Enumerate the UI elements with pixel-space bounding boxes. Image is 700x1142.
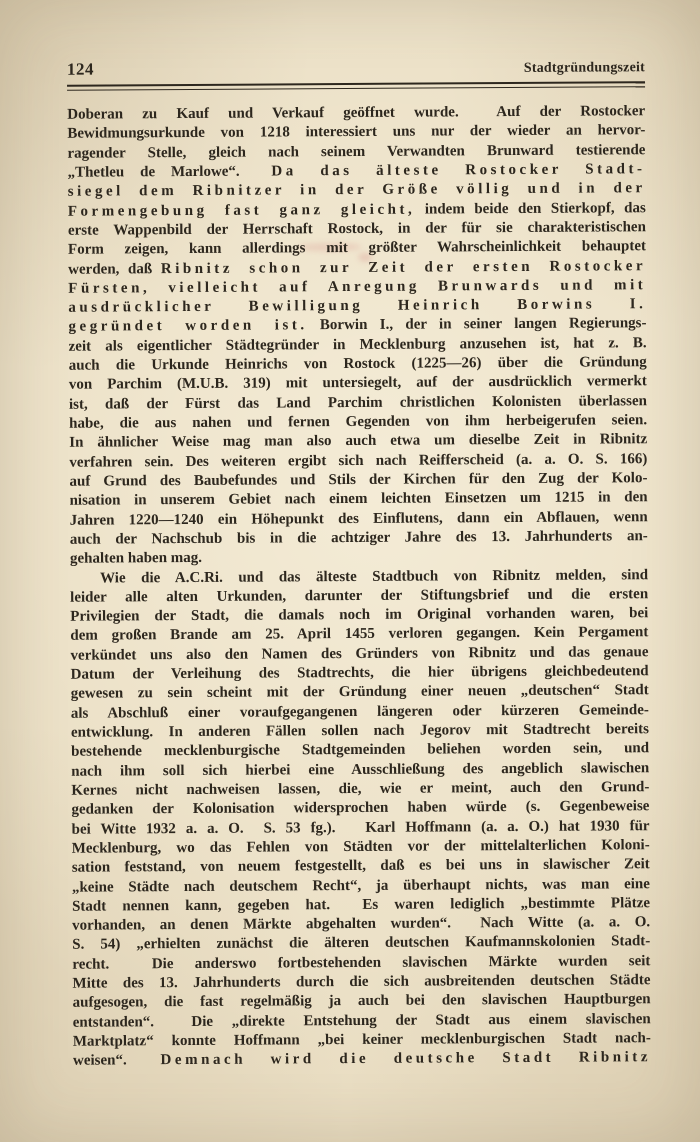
- emphasized-spaced-text: Ribnitz schon zur Zeit der ersten Rostoc…: [161, 258, 646, 277]
- body-text: auf Grund des Baubefundes und Stils der …: [69, 470, 647, 490]
- body-text: auch der Nachschub bis in die achtziger …: [70, 528, 648, 548]
- text-block: Doberan zu Kauf und Verkauf geöffnet wur…: [67, 102, 651, 1071]
- emphasized-spaced-text: Fürsten, vielleicht auf Anregung Brunwar…: [68, 277, 646, 297]
- body-text: von Parchim (M.U.B. 319) mit untersiegel…: [69, 374, 647, 394]
- body-text: bestehende mecklenburgische Stadtgemeind…: [71, 740, 649, 760]
- body-text: als Abschluß einer voraufgegangenen läng…: [71, 702, 649, 722]
- body-text: bei Witte 1932 a. a. O. S. 53 fg.). Karl…: [72, 818, 650, 838]
- page-number: 124: [67, 60, 94, 80]
- body-text: dem großen Brande am 25. April 1455 verl…: [70, 625, 648, 645]
- body-text: gehalten haben mag.: [70, 550, 202, 567]
- body-text: weisen“.: [73, 1052, 161, 1069]
- body-text: Form zeigen, kann allerdings mit größter…: [68, 238, 646, 258]
- body-text: Mecklenburg, wo das Fehlen von Städten v…: [72, 837, 650, 857]
- running-header-title: Stadtgründungszeit: [524, 60, 645, 77]
- body-text: zeit als eigentlicher Städtegründer in M…: [69, 335, 647, 355]
- emphasized-spaced-text: ausdrücklicher Bewilligung Heinrich Borw…: [68, 296, 646, 316]
- emphasized-spaced-text: siegel dem Ribnitzer in der Größe völlig…: [68, 180, 646, 200]
- body-text: S. 54) „erhielten zunächst die älteren d…: [72, 934, 650, 954]
- body-text: habe, die aus nahen und fernen Gegenden …: [69, 412, 647, 432]
- body-text: leider alle alten Urkunden, darunter der…: [70, 586, 648, 606]
- body-text: ist, daß der Fürst das Land Parchim chri…: [69, 393, 647, 413]
- body-text: recht. Die anderswo fortbestehenden slav…: [72, 953, 650, 973]
- body-text: In ähnlicher Weise mag man also auch etw…: [69, 431, 647, 451]
- body-text: gedanken der Kolonisation widersprochen …: [71, 798, 649, 818]
- body-text: Borwin I., der in seiner langen Regierun…: [308, 316, 647, 334]
- body-text: aufgesogen, die fast regelmäßig ja auch …: [73, 992, 651, 1012]
- body-text: erste Wappenbild der Herrschaft Rostock,…: [68, 219, 646, 239]
- body-text: Marktplatz“ konnte Hoffmann „bei keiner …: [73, 1030, 651, 1050]
- body-text: indem beide den Stierkopf, das: [415, 200, 646, 217]
- header-double-rule: [67, 81, 645, 90]
- body-text: Stadt nennen kann, gegeben hat. Es waren…: [72, 895, 650, 915]
- body-text: „keine Städte nach deutschem Recht“, ja …: [72, 876, 650, 896]
- text-line: weisen“. Demnach wird die deutsche Stadt…: [73, 1048, 651, 1071]
- text-line: auch der Nachschub bis in die achtziger …: [70, 527, 648, 550]
- body-text: „Thetleu de Marlowe“.: [68, 163, 272, 180]
- body-text: vorhanden, an denen Märkte abgehalten wu…: [72, 914, 650, 934]
- body-text: Bewidmungsurkunde von 1218 interessiert …: [67, 123, 645, 143]
- body-text: Doberan zu Kauf und Verkauf geöffnet wur…: [67, 103, 645, 123]
- body-text: verfahren sein. Des weiteren ergibt sich…: [69, 451, 647, 471]
- body-text: werden, daß: [68, 261, 161, 278]
- emphasized-spaced-text: Demnach wird die deutsche Stadt Ribnitz: [160, 1049, 651, 1068]
- running-header: 124 Stadtgründungszeit: [67, 56, 645, 80]
- body-text: Privilegien der Stadt, die damals noch i…: [70, 605, 648, 625]
- body-text: verkündet uns also den Namen des Gründer…: [70, 644, 648, 664]
- body-text: gewesen zu sein scheint mit der Gründung…: [71, 683, 649, 703]
- scanned-page: 124 Stadtgründungszeit Doberan zu Kauf u…: [0, 0, 700, 1142]
- body-text: nach ihm soll sich hierbei eine Ausschli…: [71, 760, 649, 780]
- body-text: nisation in unserem Gebiet nach einem le…: [70, 489, 648, 509]
- emphasized-spaced-text: Formengebung fast ganz gleicht,: [68, 201, 416, 219]
- emphasized-spaced-text: Da das älteste Rostocker Stadt-: [271, 161, 645, 179]
- body-text: Jahren 1220—1240 ein Höhepunkt des Einfl…: [70, 509, 648, 529]
- body-text: Wie die A.C.Ri. und das älteste Stadtbuc…: [100, 567, 648, 586]
- body-text: ragender Stelle, gleich nach seinem Verw…: [67, 142, 645, 162]
- body-text: entstanden“. Die „direkte Entstehung der…: [73, 1011, 651, 1031]
- body-text: Datum der Verleihung des Stadtrechts, di…: [71, 663, 649, 683]
- body-text: auch die Urkunde Heinrichs von Rostock (…: [69, 354, 647, 374]
- emphasized-spaced-text: gegründet worden ist.: [68, 318, 307, 335]
- body-text: sation feststand, von neuem festgestellt…: [72, 856, 650, 876]
- body-text: Kernes nicht nachweisen lassen, die, wie…: [71, 779, 649, 799]
- body-text: entwicklung. In anderen Fällen sollen na…: [71, 721, 649, 741]
- body-text: Mitte des 13. Jahrhunderts durch die sic…: [72, 972, 650, 992]
